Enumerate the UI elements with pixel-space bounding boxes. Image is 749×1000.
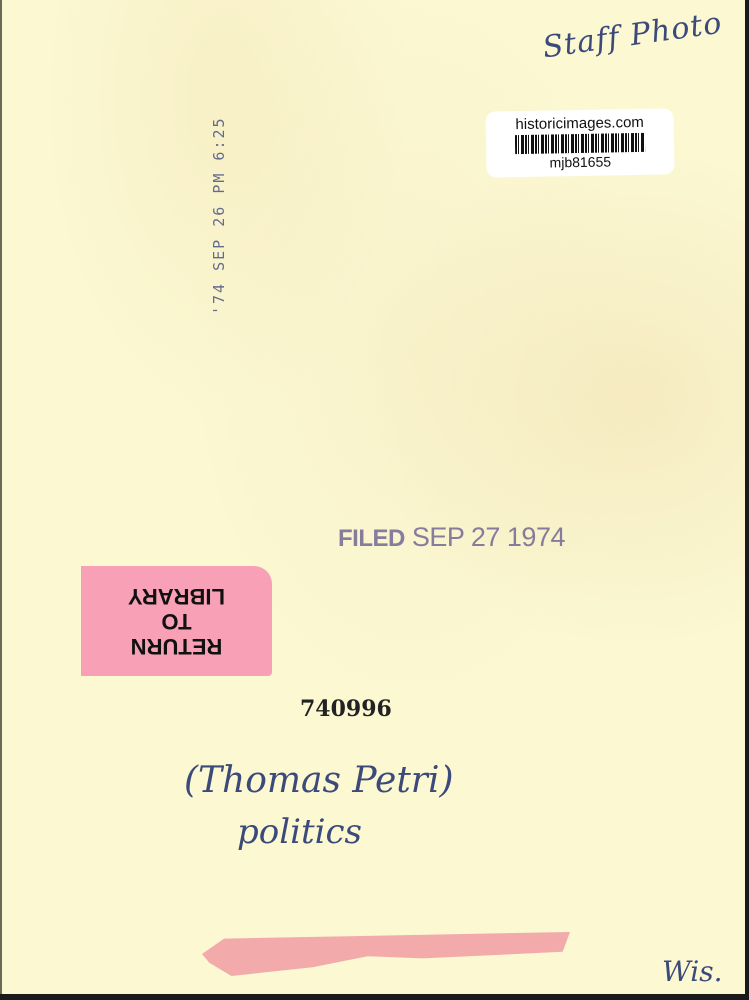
filed-stamp-prefix: FILED	[338, 525, 405, 552]
barcode-code: mjb81655	[486, 152, 674, 171]
torn-pink-tape	[202, 932, 570, 976]
barcode-label: historicimages.com mjb81655	[485, 108, 674, 177]
barcode-site: historicimages.com	[486, 113, 674, 133]
filed-stamp: FILED SEP 27 1974	[338, 522, 565, 553]
staff-photo-handwriting: Staff Photo	[540, 6, 724, 66]
return-label-line3: LIBRARY	[128, 584, 225, 609]
received-date-stamp: '74 SEP 26 PM 6:25	[210, 115, 230, 315]
return-label-line1: RETURN	[128, 634, 225, 659]
return-label-line2: TO	[128, 609, 225, 634]
archive-number-stamp: 740996	[300, 696, 392, 722]
photo-back-paper: Staff Photo historicimages.com mjb81655 …	[0, 0, 745, 994]
return-to-library-label: RETURN TO LIBRARY	[81, 566, 272, 676]
subject-topic-handwriting: politics	[237, 812, 362, 852]
location-handwriting: Wis.	[662, 955, 723, 988]
filed-stamp-date: SEP 27 1974	[412, 522, 565, 552]
subject-name-handwriting: (Thomas Petri)	[184, 760, 454, 801]
barcode-icon	[515, 133, 645, 154]
